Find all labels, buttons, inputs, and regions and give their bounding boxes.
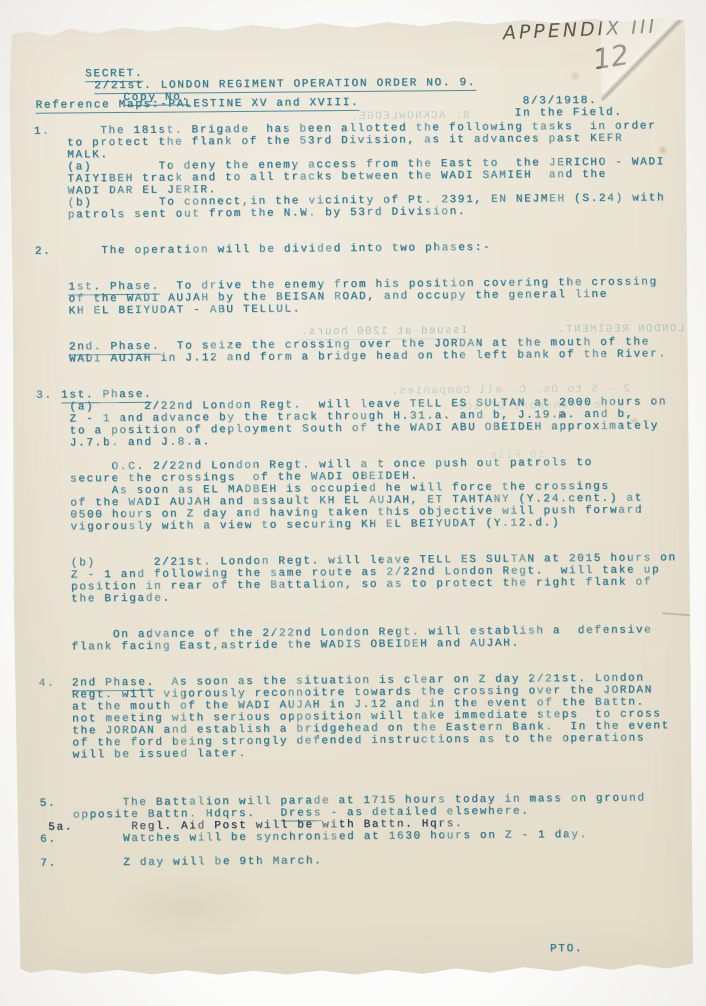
ghost-text: 2 - 5 to Os. C. all Companies.	[390, 384, 630, 398]
ghost-text: Issued at 1200 hours.	[300, 325, 468, 340]
pto-note: PTO.	[550, 943, 583, 955]
paper-stain	[630, 416, 638, 424]
ghost-text: 8. ACKNOWLEDGE.	[350, 110, 470, 123]
order-body: 1. The 181st. Brigade has been allotted …	[34, 120, 680, 870]
place-line: In the Field.	[515, 107, 623, 121]
ghost-text: 2/21st. LONDON REGIMENT.	[556, 323, 693, 337]
paper-stain	[569, 71, 581, 81]
ghost-text: 10 File.	[481, 449, 545, 462]
date-line: 8/3/1918.	[522, 95, 597, 109]
ghost-text: 6 to Transport Officer.	[440, 400, 624, 414]
handwritten-insertion: in	[558, 411, 567, 422]
reference-maps-line: Reference Maps:-PALESTINE XV and XVIII.	[36, 97, 360, 114]
document-page: APPENDIX III SECRET. 2/21st. LONDON REGI…	[9, 18, 693, 978]
photo-background: APPENDIX III SECRET. 2/21st. LONDON REGI…	[0, 0, 706, 1006]
paper-stain	[106, 872, 267, 943]
paper-stain	[658, 144, 668, 156]
corner-fold	[601, 18, 688, 101]
